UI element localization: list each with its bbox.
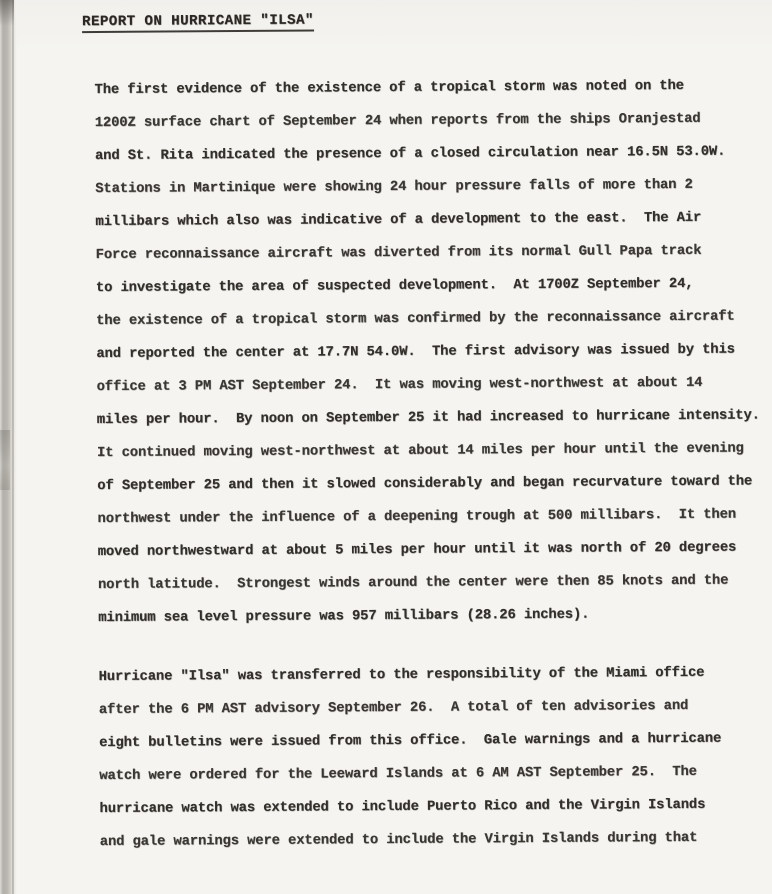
text-line: It continued moving west-northwest at ab… (97, 432, 772, 470)
paragraph-advisories: Hurricane "Ilsa" was transferred to the … (98, 656, 772, 859)
text-line: after the 6 PM AST advisory September 26… (99, 689, 772, 727)
text-line: to investigate the area of suspected dev… (96, 267, 772, 305)
text-line: of September 25 and then it slowed consi… (97, 465, 772, 503)
text-line: Hurricane "Ilsa" was transferred to the … (98, 656, 772, 694)
text-line: the existence of a tropical storm was co… (96, 300, 772, 338)
text-line: watch were ordered for the Leeward Islan… (99, 755, 772, 793)
document-title: REPORT ON HURRICANE "ILSA" (82, 12, 314, 33)
text-line: hurricane watch was extended to include … (99, 788, 772, 826)
text-line: office at 3 PM AST September 24. It was … (96, 366, 772, 404)
text-line: and gale warnings were extended to inclu… (100, 821, 772, 859)
text-line: millibars which also was indicative of a… (95, 201, 772, 239)
text-line: Force reconnaissance aircraft was divert… (96, 234, 772, 272)
paragraph-storm-history: The first evidence of the existence of a… (94, 69, 772, 635)
text-line: 1200Z surface chart of September 24 when… (95, 102, 772, 140)
scanned-document-page: REPORT ON HURRICANE "ILSA" The first evi… (0, 0, 772, 894)
text-line: northwest under the influence of a deepe… (97, 498, 772, 536)
text-line: and St. Rita indicated the presence of a… (95, 135, 772, 173)
text-line: Stations in Martinique were showing 24 h… (95, 168, 772, 206)
text-line: north latitude. Strongest winds around t… (98, 564, 772, 602)
text-line: minimum sea level pressure was 957 milli… (98, 597, 772, 635)
text-line: moved northwestward at about 5 miles per… (98, 531, 772, 569)
text-line: The first evidence of the existence of a… (94, 69, 772, 107)
typewritten-sheet: REPORT ON HURRICANE "ILSA" The first evi… (0, 0, 772, 894)
text-line: miles per hour. By noon on September 25 … (97, 399, 772, 437)
text-line: and reported the center at 17.7N 54.0W. … (96, 333, 772, 371)
text-line: eight bulletins were issued from this of… (99, 722, 772, 760)
